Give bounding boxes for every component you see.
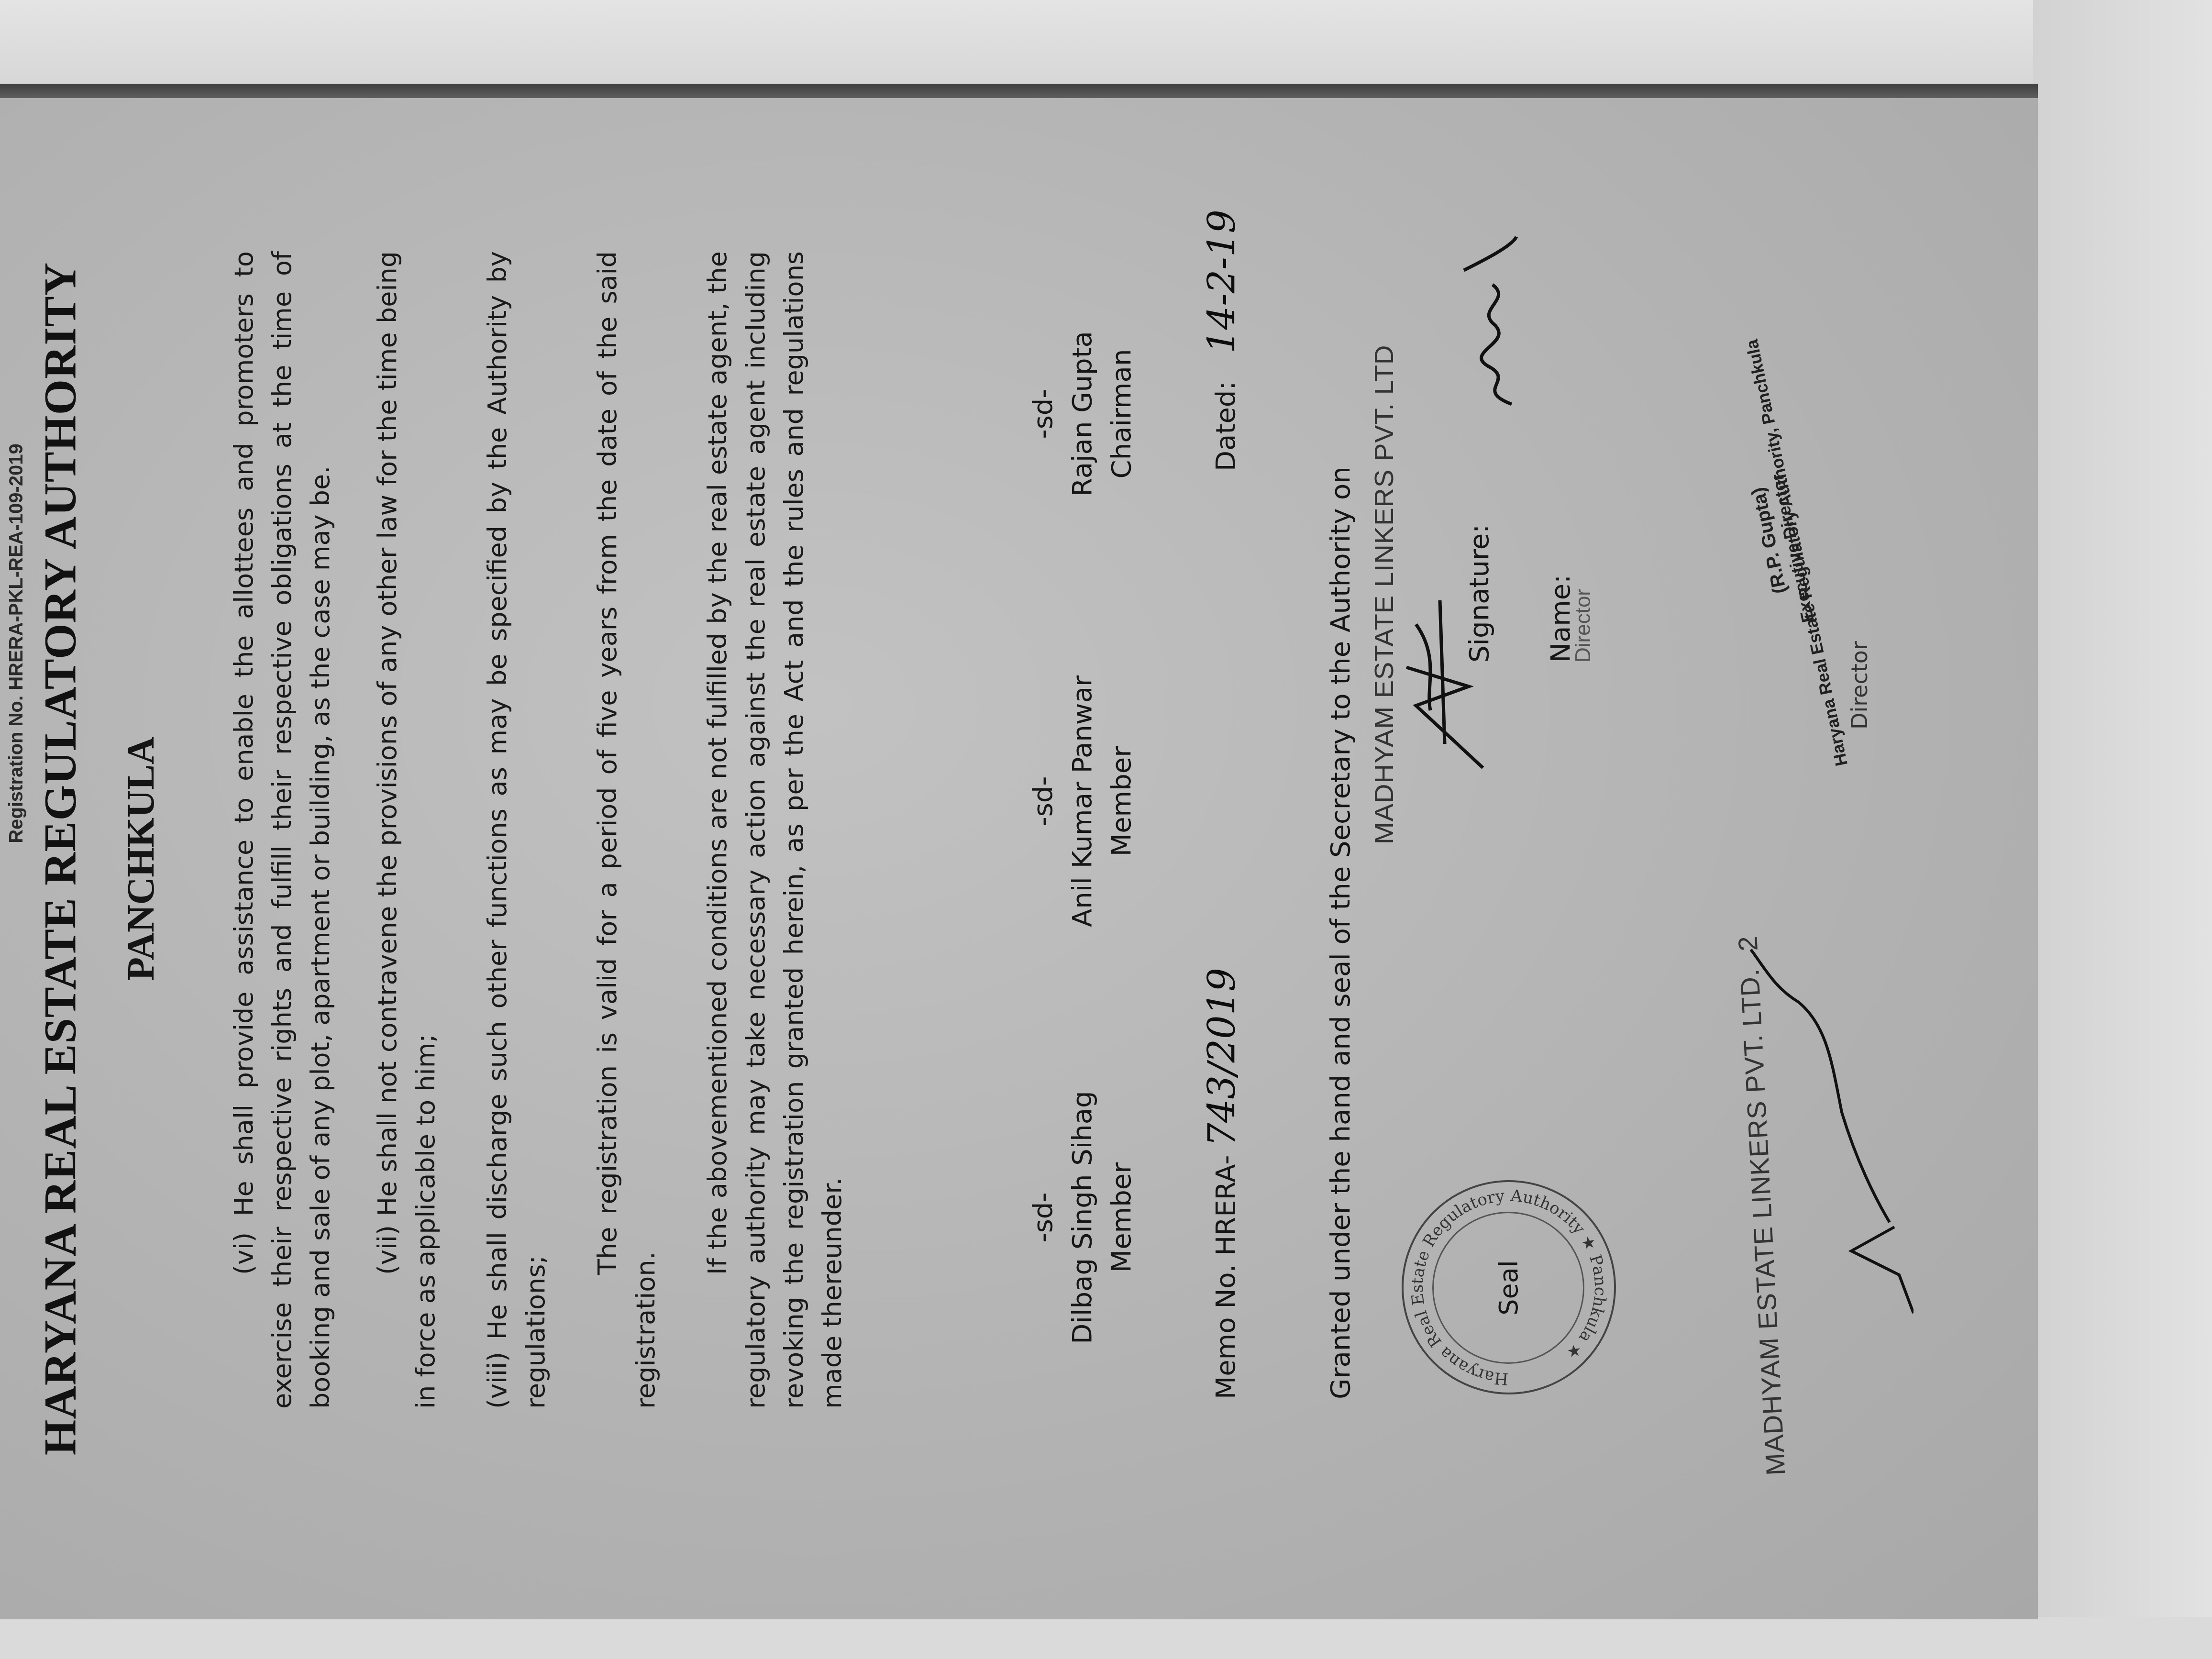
dated-label: Dated: (1210, 381, 1241, 471)
memo-date: Dated: 14-2-19 (1201, 210, 1244, 471)
background-surface-bottom (0, 1617, 2212, 1659)
registration-number: Registration No. HRERA-PKL-REA-109-2019 (6, 165, 27, 1122)
seal-center: Seal (1432, 1212, 1584, 1364)
signatory-2: -sd- Anil Kumar Panwar Member (1024, 653, 1141, 950)
signed-mark: -sd- (1024, 653, 1063, 950)
clause-vi: (vi) He shall provide assistance to enab… (225, 251, 340, 1409)
signature-label: Signature: (1464, 524, 1495, 663)
signed-mark: -sd- (1024, 1084, 1063, 1351)
registration-certificate-page: Registration No. HRERA-PKL-REA-109-2019 … (0, 98, 2038, 1619)
grant-statement: Granted under the hand and seal of the S… (1325, 466, 1356, 1399)
memo-label: Memo No. HRERA- (1210, 1155, 1241, 1399)
signatory-name: Dilbag Singh Sihag (1063, 1084, 1102, 1351)
signatory-3: -sd- Rajan Gupta Chairman (1024, 280, 1141, 548)
authority-seal: Haryana Real Estate Regulatory Authority… (1402, 1180, 1616, 1394)
signatory-name: Rajan Gupta (1063, 280, 1102, 548)
signed-mark: -sd- (1024, 280, 1063, 548)
authority-title: HARYANA REAL ESTATE REGULATORY AUTHORITY (33, 98, 87, 1619)
validity-paragraph: The registration is valid for a period o… (588, 251, 665, 1409)
authority-location: PANCHKULA (120, 98, 163, 1619)
clause-vii: (vii) He shall not contravene the provis… (368, 251, 445, 1409)
memo-number: Memo No. HRERA- 743/2019 (1201, 968, 1244, 1399)
revocation-paragraph: If the abovementioned conditions are not… (698, 251, 852, 1409)
official-stamp-organization: Haryana Real Estate Regulatory Authority… (1742, 338, 1852, 768)
signatory-1: -sd- Dilbag Singh Sihag Member (1024, 1084, 1141, 1351)
director-label: Director (1847, 641, 1872, 730)
signatory-role: Member (1102, 1084, 1141, 1351)
document-photo: Registration No. HRERA-PKL-REA-109-2019 … (0, 98, 2038, 1619)
handwritten-signature-director (1435, 222, 1540, 423)
date-handwritten: 14-2-19 (1201, 210, 1244, 354)
signatory-role: Member (1102, 653, 1141, 950)
signatory-name: Anil Kumar Panwar (1063, 653, 1102, 950)
background-surface-top (0, 0, 2212, 91)
handwritten-signature-bottom (1732, 902, 1913, 1332)
clause-viii: (viii) He shall discharge such other fun… (478, 251, 555, 1409)
background-surface-right (2033, 0, 2212, 1659)
signatory-role: Chairman (1102, 280, 1141, 548)
seal-label: Seal (1493, 1260, 1524, 1316)
memo-number-handwritten: 743/2019 (1201, 968, 1244, 1147)
name-overlay-director: Director (1571, 589, 1595, 663)
